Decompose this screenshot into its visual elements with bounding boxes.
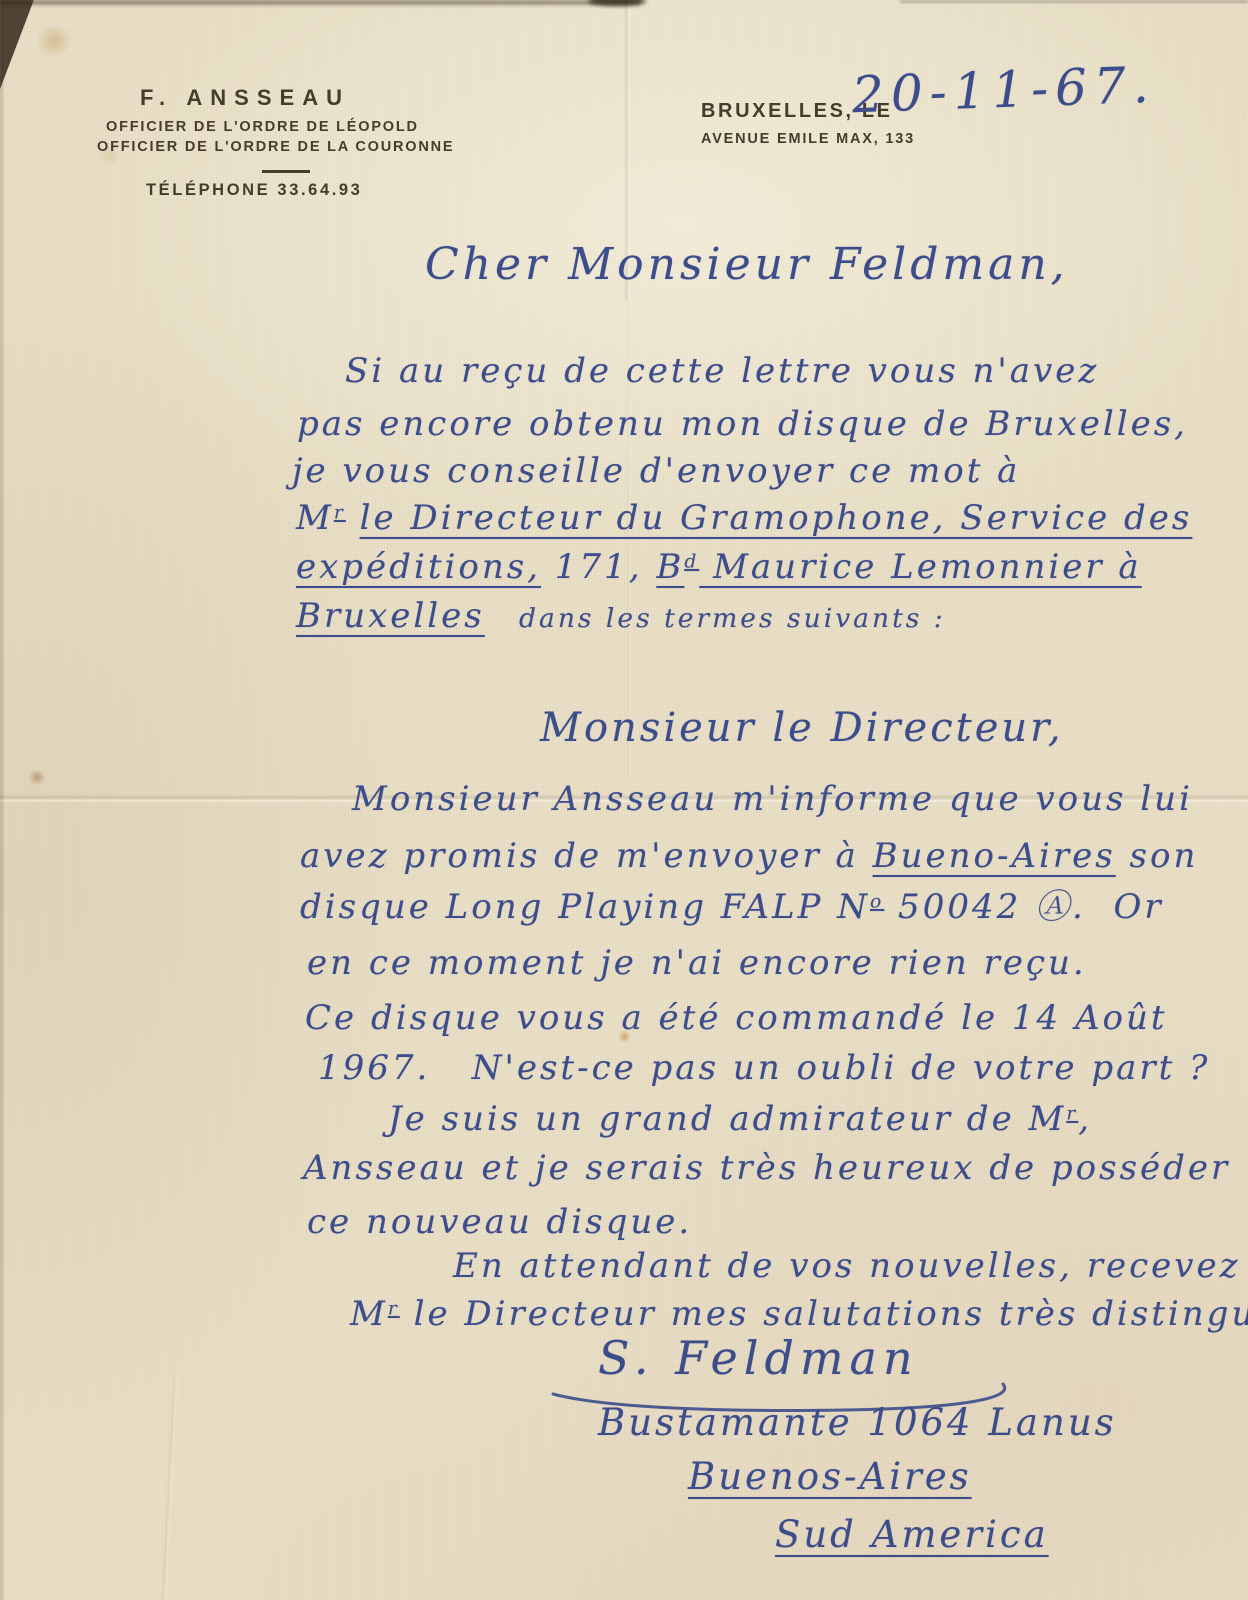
letter-line-segment: expéditions, [296, 547, 541, 587]
letter-line-segment: 171, [541, 547, 656, 587]
paper-stain [34, 26, 74, 56]
letter-line-segment: Maurice Lemonnier à [699, 547, 1141, 587]
letterhead-phone: TÉLÉPHONE 33.64.93 [146, 181, 362, 200]
letter-line-segment: Bruxelles [296, 596, 485, 636]
letter-line-segment: avez promis de m'envoyer à [300, 836, 873, 876]
letter-line-segment: dans les termes suivants : [485, 603, 946, 634]
letterhead-street: AVENUE EMILE MAX, 133 [701, 131, 915, 147]
letter-line: Ce disque vous a été commandé le 14 Août [305, 999, 1168, 1038]
letter-line: Je suis un grand admirateur de Mr, [388, 1100, 1092, 1139]
letter-line: Mr le Directeur du Gramophone, Service d… [296, 499, 1192, 538]
letter-line-segment: M [350, 1294, 388, 1334]
letterhead-name: F. ANSSEAU [140, 85, 350, 111]
letter-line-segment: Bueno-Aires [873, 836, 1116, 876]
letter-line-segment: le Directeur du Gramophone, Service des [360, 498, 1193, 538]
letter-line-segment: son [1116, 836, 1199, 876]
letterhead-order-1: OFFICIER DE L'ORDRE DE LÉOPOLD [106, 119, 419, 135]
sender-address-line: Buenos-Aires [688, 1456, 972, 1499]
letter-line: expéditions, 171, Bd Maurice Lemonnier à [296, 548, 1142, 587]
letter-line: ce nouveau disque. [307, 1203, 692, 1242]
letter-line-segment: disque Long Playing FALP N [300, 887, 870, 927]
letter-page: F. ANSSEAU OFFICIER DE L'ORDRE DE LÉOPOL… [0, 0, 1248, 1600]
letter-line-segment: B [656, 547, 684, 587]
letter-line-segment: o [870, 892, 884, 913]
signature: S. Feldman [598, 1332, 919, 1385]
letter-line: disque Long Playing FALP No 50042 Ⓐ. Or [300, 888, 1164, 927]
scan-edge-shadow-top-right [900, 0, 1248, 3]
letter-line-segment: r [1066, 1104, 1078, 1125]
scan-edge-shadow-top [0, 0, 640, 5]
letter-line: pas encore obtenu mon disque de Bruxelle… [297, 405, 1188, 444]
bottom-left-crease [160, 1375, 179, 1600]
scan-edge-shadow-left [0, 0, 3, 1600]
salutation: Cher Monsieur Feldman, [425, 240, 1069, 291]
letter-line: avez promis de m'envoyer à Bueno-Aires s… [300, 837, 1198, 876]
letter-line-segment: , [1078, 1099, 1092, 1139]
handwritten-date: 20-11-67. [851, 57, 1156, 125]
letter-line-segment: Je suis un grand admirateur de M [388, 1099, 1066, 1139]
sender-address-line: Sud America [775, 1514, 1049, 1557]
letter-line: En attendant de vos nouvelles, recevez [453, 1247, 1240, 1286]
sender-address-line: Bustamante 1064 Lanus [598, 1402, 1117, 1445]
scan-notch [588, 0, 646, 6]
inner-salutation: Monsieur le Directeur, [540, 705, 1064, 751]
letter-line-segment: r [388, 1299, 400, 1320]
letterhead-order-2: OFFICIER DE L'ORDRE DE LA COURONNE [97, 139, 454, 155]
paper-stain [28, 770, 46, 785]
letter-line: en ce moment je n'ai encore rien reçu. [307, 944, 1087, 983]
letter-line: Monsieur Ansseau m'informe que vous lui [352, 780, 1193, 819]
letter-line-segment [346, 498, 360, 538]
letter-line: Ansseau et je serais très heureux de pos… [303, 1149, 1230, 1188]
letter-line: Mr le Directeur mes salutations très dis… [350, 1295, 1248, 1334]
letterhead-divider [262, 170, 310, 173]
letter-line-segment: 50042 Ⓐ. Or [884, 887, 1163, 927]
scan-corner-shadow [0, 0, 35, 97]
letter-line: Bruxelles dans les termes suivants : [296, 597, 946, 636]
letter-line-segment: le Directeur mes salutations très distin… [400, 1294, 1248, 1334]
letter-line-segment: M [296, 498, 334, 538]
letter-line-segment: r [334, 503, 346, 524]
letter-line: je vous conseille d'envoyer ce mot à [292, 452, 1020, 491]
letter-line-segment: d [684, 552, 699, 573]
letter-line: Si au reçu de cette lettre vous n'avez [345, 352, 1099, 391]
letter-line: 1967. N'est-ce pas un oubli de votre par… [318, 1049, 1210, 1088]
